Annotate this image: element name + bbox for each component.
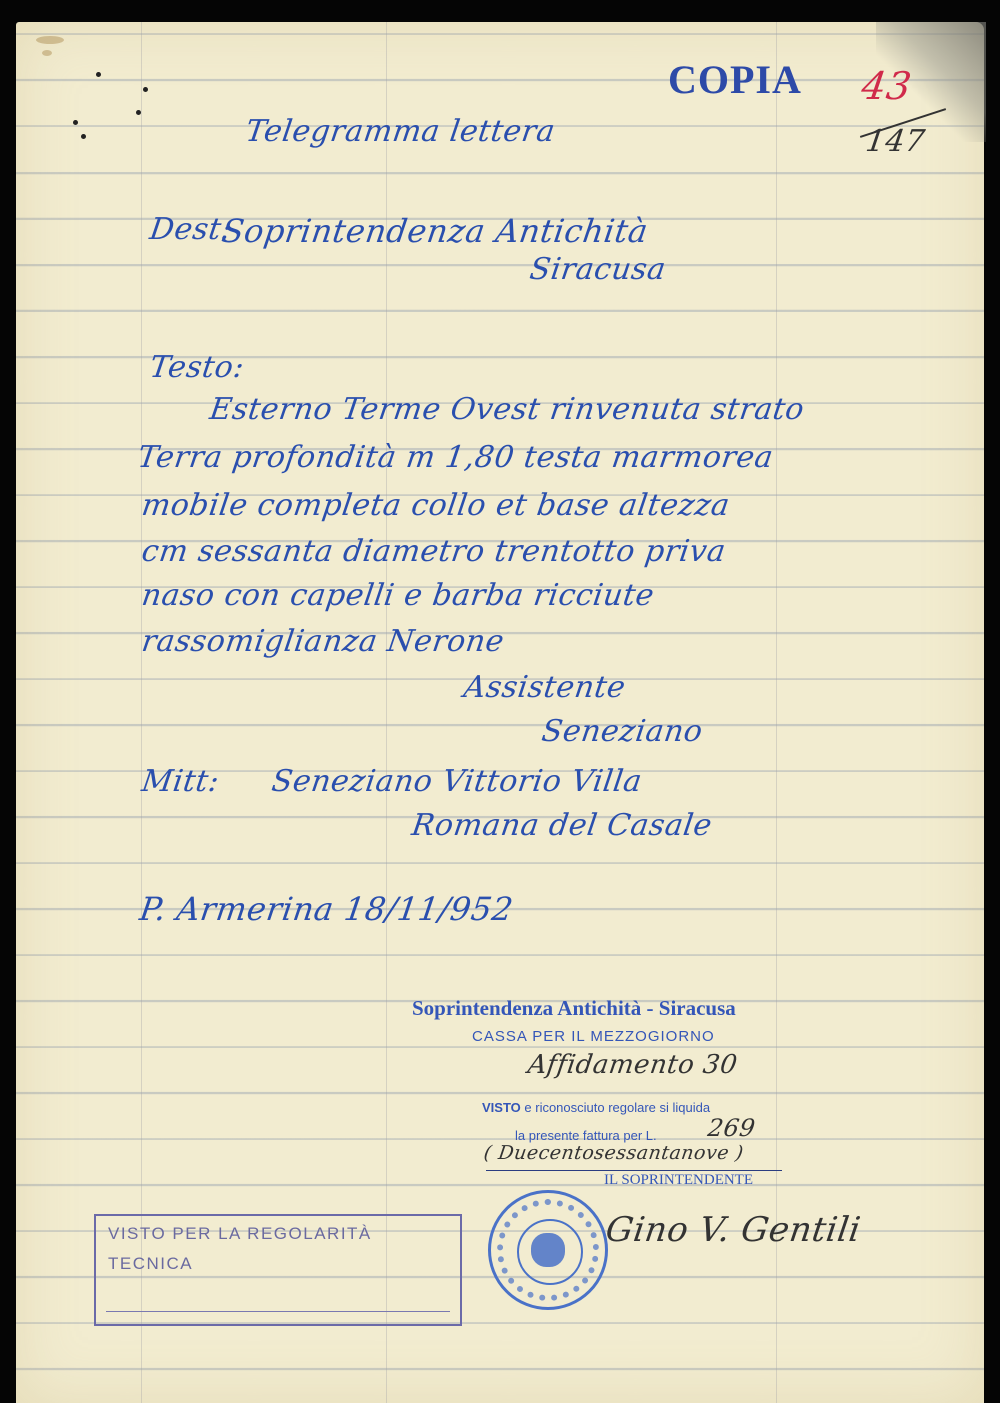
body-line: mobile completa collo et base altezza bbox=[140, 488, 733, 523]
pin-hole bbox=[136, 110, 141, 115]
copia-stamp: COPIA bbox=[668, 56, 802, 103]
invoice-line: la presente fattura per L. bbox=[515, 1128, 657, 1143]
archive-number-bottom: 147 bbox=[864, 124, 928, 159]
amount-in-words: ( Duecentosessantanove ) bbox=[482, 1142, 745, 1164]
office-stamp-subheader: CASSA PER IL MEZZOGIORNO bbox=[472, 1028, 715, 1045]
recipient-line-2: Siracusa bbox=[528, 252, 669, 287]
signature-name: Seneziano bbox=[540, 714, 705, 749]
soprintendente-signature: Gino V. Gentili bbox=[603, 1210, 863, 1250]
recipient-line-1: Soprintendenza Antichità bbox=[219, 212, 650, 250]
paper-stain bbox=[42, 50, 52, 56]
stamp-inner-line bbox=[106, 1311, 450, 1312]
body-line: Terra profondità m 1,80 testa marmorea bbox=[136, 440, 776, 475]
margin-rule bbox=[141, 22, 142, 1403]
body-line: naso con capelli e barba ricciute bbox=[140, 578, 657, 613]
soprintendente-label: IL SOPRINTENDENTE bbox=[604, 1172, 753, 1189]
visto-bold: VISTO bbox=[482, 1100, 521, 1115]
body-line: rassomiglianza Nerone bbox=[140, 624, 507, 659]
body-line: cm sessanta diametro trentotto priva bbox=[140, 534, 728, 569]
pin-hole bbox=[143, 87, 148, 92]
regularity-line-2: TECNICA bbox=[108, 1254, 193, 1274]
visto-line: VISTO e riconosciuto regolare si liquida bbox=[482, 1100, 710, 1115]
sender-line-2: Romana del Casale bbox=[410, 808, 715, 843]
technical-regularity-stamp: VISTO PER LA REGOLARITÀ TECNICA bbox=[94, 1214, 462, 1326]
sender-line-1: Seneziano Vittorio Villa bbox=[270, 764, 645, 799]
document-heading: Telegramma lettera bbox=[244, 114, 558, 149]
body-label: Testo: bbox=[148, 350, 247, 385]
paper-stain bbox=[36, 36, 64, 44]
pin-hole bbox=[73, 120, 78, 125]
sender-label: Mitt: bbox=[140, 764, 222, 799]
pin-hole bbox=[81, 134, 86, 139]
assignment-note: Affidamento 30 bbox=[526, 1050, 739, 1080]
office-stamp-header: Soprintendenza Antichità - Siracusa bbox=[412, 996, 736, 1021]
seal-emblem-icon bbox=[531, 1233, 565, 1267]
place-date: P. Armerina 18/11/952 bbox=[137, 890, 515, 928]
invoice-text: la presente fattura per L. bbox=[515, 1128, 657, 1143]
invoice-amount: 269 bbox=[706, 1114, 757, 1142]
pin-hole bbox=[96, 72, 101, 77]
column-rule bbox=[776, 22, 777, 1403]
regularity-line-1: VISTO PER LA REGOLARITÀ bbox=[108, 1224, 372, 1244]
signature-role: Assistente bbox=[462, 670, 628, 705]
amount-underline bbox=[486, 1170, 782, 1171]
official-seal bbox=[488, 1190, 608, 1310]
visto-text: e riconosciuto regolare si liquida bbox=[521, 1100, 710, 1115]
body-line: Esterno Terme Ovest rinvenuta strato bbox=[208, 392, 807, 427]
archive-number-top: 43 bbox=[859, 64, 915, 108]
